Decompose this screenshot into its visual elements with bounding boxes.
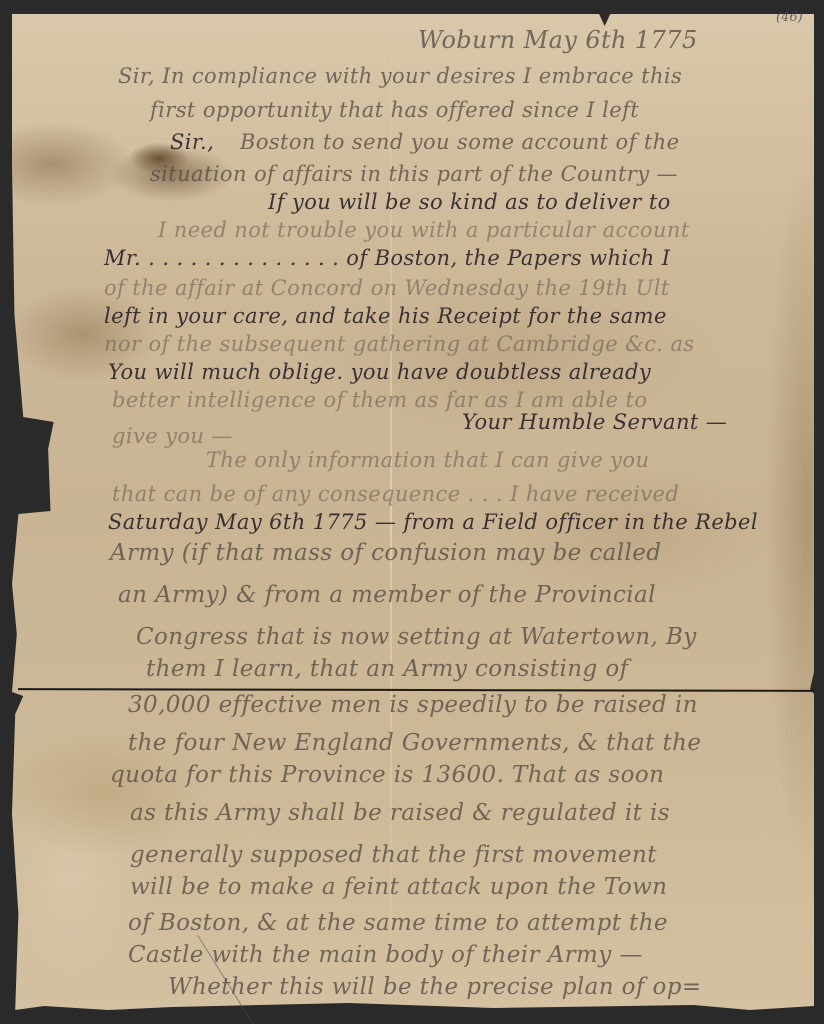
letter-line-1: Sir, In compliance with your desires I e… bbox=[118, 64, 682, 88]
letter-line-9: of the affair at Concord on Wednesday th… bbox=[104, 276, 670, 300]
letter-line-15: give you — bbox=[112, 424, 233, 448]
letter-line-30: Castle with the main body of their Army … bbox=[128, 942, 643, 968]
letter-line-28: will be to make a feint attack upon the … bbox=[130, 874, 667, 900]
letter-line-31: Whether this will be the precise plan of… bbox=[168, 974, 702, 1000]
letter-line-21: Congress that is now setting at Watertow… bbox=[136, 624, 697, 650]
letter-line-5: situation of affairs in this part of the… bbox=[150, 162, 678, 186]
letter-line-6-overwrite: If you will be so kind as to deliver to bbox=[268, 190, 671, 214]
letter-line-25: quota for this Province is 13600. That a… bbox=[110, 762, 664, 788]
letter-line-8-overwrite: Mr. . . . . . . . . . . . . . . of Bosto… bbox=[104, 246, 670, 270]
letter-line-10-overwrite: left in your care, and take his Receipt … bbox=[104, 304, 667, 328]
letter-line-11: nor of the subsequent gathering at Cambr… bbox=[104, 332, 695, 356]
letter-line-29: of Boston, & at the same time to attempt… bbox=[128, 910, 668, 936]
document-scan: (46) Woburn May 6th 1775 Sir, In complia… bbox=[0, 0, 824, 1024]
letter-line-24: the four New England Governments, & that… bbox=[128, 730, 701, 756]
dateline: Woburn May 6th 1775 bbox=[418, 26, 698, 54]
closing-signature: Your Humble Servant — bbox=[462, 410, 727, 434]
letter-line-22: them I learn, that an Army consisting of bbox=[146, 656, 628, 682]
letter-line-19: Army (if that mass of confusion may be c… bbox=[110, 540, 661, 566]
letter-line-26: as this Army shall be raised & regulated… bbox=[130, 800, 670, 826]
letter-line-12: You will much oblige. you have doubtless… bbox=[108, 360, 651, 384]
letter-line-16: The only information that I can give you bbox=[206, 448, 649, 472]
letter-line-20: an Army) & from a member of the Provinci… bbox=[118, 582, 656, 608]
letter-line-27: generally supposed that the first moveme… bbox=[130, 842, 657, 868]
letter-line-3-overwrite: Sir., bbox=[170, 130, 214, 154]
letter-line-23: 30,000 effective men is speedily to be r… bbox=[128, 692, 698, 718]
letter-line-13: better intelligence of them as far as I … bbox=[112, 388, 647, 412]
folio-number: (46) bbox=[776, 10, 803, 25]
letter-line-7: I need not trouble you with a particular… bbox=[158, 218, 690, 242]
letter-line-17: that can be of any consequence . . . I h… bbox=[112, 482, 679, 506]
letter-line-2: first opportunity that has offered since… bbox=[150, 98, 639, 122]
letter-line-18: Saturday May 6th 1775 — from a Field off… bbox=[108, 510, 758, 534]
letter-line-4: Boston to send you some account of the bbox=[240, 130, 679, 154]
